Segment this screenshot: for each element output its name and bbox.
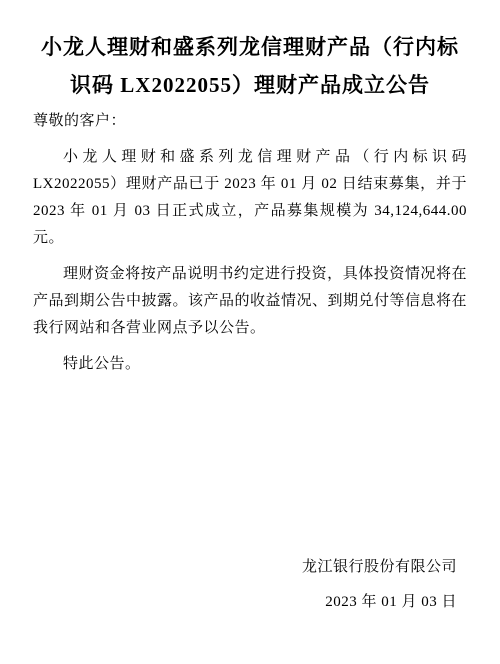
signature-block: 龙江银行股份有限公司 2023 年 01 月 03 日 [33, 550, 467, 620]
paragraph-closing: 特此公告。 [33, 351, 467, 378]
announcement-page: 小龙人理财和盛系列龙信理财产品（行内标 识码 LX2022055）理财产品成立公… [0, 0, 500, 664]
document-title: 小龙人理财和盛系列龙信理财产品（行内标 识码 LX2022055）理财产品成立公… [33, 28, 467, 104]
document-title-line-1: 小龙人理财和盛系列龙信理财产品（行内标 [33, 28, 467, 66]
document-title-line-2: 识码 LX2022055）理财产品成立公告 [33, 66, 467, 104]
issuer-signature: 龙江银行股份有限公司 [33, 550, 457, 585]
paragraph-establishment-details: 小龙人理财和盛系列龙信理财产品（行内标识码 LX2022055）理财产品已于 2… [33, 144, 467, 252]
salutation: 尊敬的客户： [33, 108, 467, 135]
announcement-date: 2023 年 01 月 03 日 [33, 585, 457, 620]
paragraph-investment-disclosure: 理财资金将按产品说明书约定进行投资，具体投资情况将在产品到期公告中披露。该产品的… [33, 261, 467, 342]
